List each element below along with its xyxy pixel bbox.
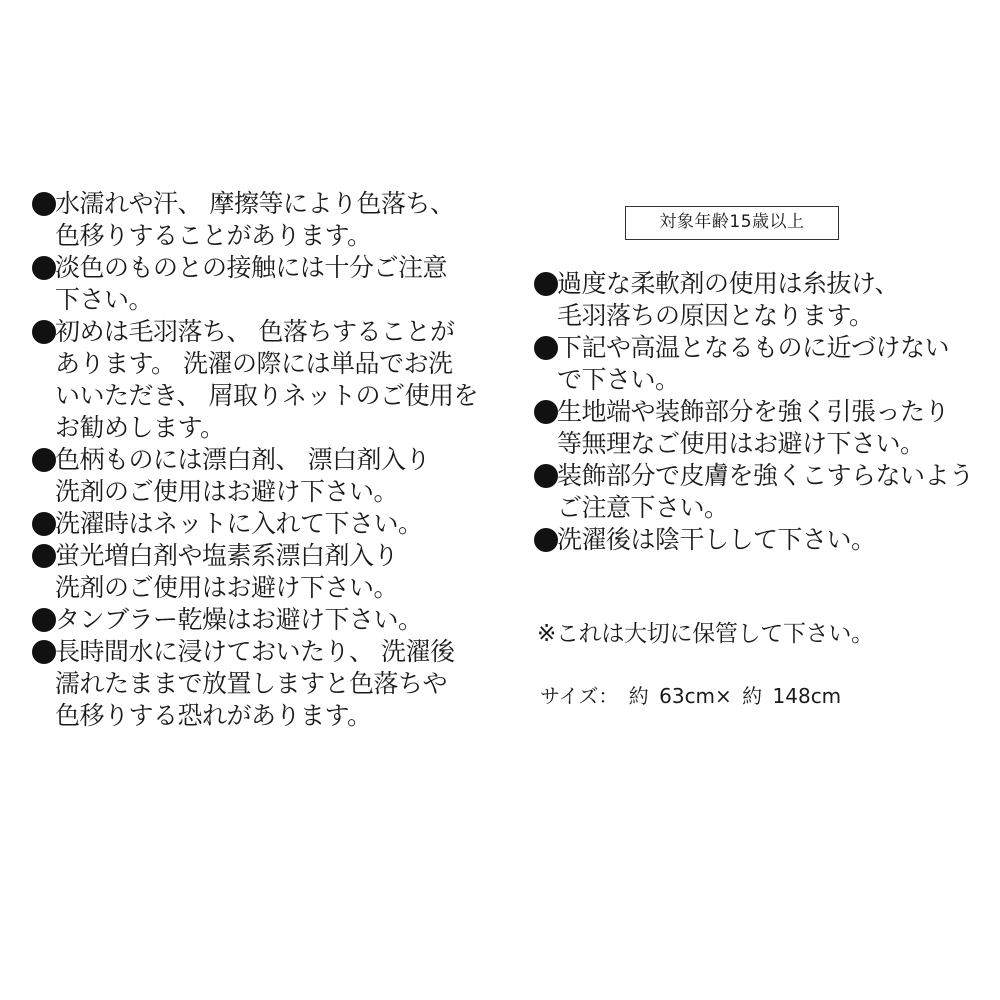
care-item-line: 等無理なご使用はお避け下さい。 (557, 428, 984, 460)
care-item: 色柄ものには漂白剤、 漂白剤入り 洗剤のご使用はお避け下さい。 (32, 444, 492, 508)
bullet-icon (32, 256, 56, 280)
care-item-line: 濡れたままで放置しますと色落ちや (55, 668, 492, 700)
care-item: 初めは毛羽落ち、 色落ちすることが あります。 洗濯の際には単品でお洗 いいただ… (32, 316, 492, 444)
care-item: 過度な柔軟剤の使用は糸抜け、 毛羽落ちの原因となります。 (534, 268, 984, 332)
bullet-icon (32, 512, 56, 536)
care-item-line: いいただき、 屑取りネットのご使用を (55, 380, 492, 412)
bullet-icon (32, 448, 56, 472)
care-item: 装飾部分で皮膚を強くこすらないよう ご注意下さい。 (534, 460, 984, 524)
bullet-icon (534, 272, 558, 296)
care-item-line: 洗剤のご使用はお避け下さい。 (55, 476, 492, 508)
bullet-icon (32, 544, 56, 568)
care-item-line: 色移りする恐れがあります。 (55, 700, 492, 732)
care-item-line: 洗剤のご使用はお避け下さい。 (55, 572, 492, 604)
care-item: 洗濯後は陰干しして下さい。 (534, 524, 984, 556)
care-item-line: 毛羽落ちの原因となります。 (557, 300, 984, 332)
care-item-line: 洗濯後は陰干しして下さい。 (557, 524, 984, 556)
bullet-icon (534, 464, 558, 488)
care-item-line: 下さい。 (55, 284, 492, 316)
care-item: 生地端や装飾部分を強く引張ったり 等無理なご使用はお避け下さい。 (534, 396, 984, 460)
size-info: サイズ： 約 63cm× 約 148cm (540, 680, 841, 712)
bullet-icon (534, 336, 558, 360)
care-item-line: 下記や高温となるものに近づけない (557, 332, 984, 364)
bullet-icon (32, 640, 56, 664)
bullet-icon (32, 192, 56, 216)
age-rating-label: 対象年齢15歳以上 (625, 206, 839, 240)
care-item: 蛍光増白剤や塩素系漂白剤入り 洗剤のご使用はお避け下さい。 (32, 540, 492, 604)
bullet-icon (534, 528, 558, 552)
care-item-line: 初めは毛羽落ち、 色落ちすることが (55, 316, 492, 348)
bullet-icon (534, 400, 558, 424)
care-item-line: ご注意下さい。 (557, 492, 984, 524)
care-item-line: で下さい。 (557, 364, 984, 396)
care-item: 洗濯時はネットに入れて下さい。 (32, 508, 492, 540)
care-item-line: 色柄ものには漂白剤、 漂白剤入り (55, 444, 492, 476)
care-item: 下記や高温となるものに近づけない で下さい。 (534, 332, 984, 396)
care-instructions-left: 水濡れや汗、 摩擦等により色落ち、 色移りすることがあります。 淡色のものとの接… (32, 188, 492, 732)
care-item-line: 淡色のものとの接触には十分ご注意 (55, 252, 492, 284)
care-instructions-right: 過度な柔軟剤の使用は糸抜け、 毛羽落ちの原因となります。 下記や高温となるものに… (534, 268, 984, 556)
care-item-line: 過度な柔軟剤の使用は糸抜け、 (557, 268, 984, 300)
bullet-icon (32, 320, 56, 344)
care-item: 淡色のものとの接触には十分ご注意 下さい。 (32, 252, 492, 316)
care-item-line: あります。 洗濯の際には単品でお洗 (55, 348, 492, 380)
care-item-line: 水濡れや汗、 摩擦等により色落ち、 (55, 188, 492, 220)
care-item-line: タンブラー乾燥はお避け下さい。 (55, 604, 492, 636)
care-item-line: お勧めします。 (55, 412, 492, 444)
care-item-line: 色移りすることがあります。 (55, 220, 492, 252)
care-item: タンブラー乾燥はお避け下さい。 (32, 604, 492, 636)
care-item-line: 蛍光増白剤や塩素系漂白剤入り (55, 540, 492, 572)
care-item-line: 装飾部分で皮膚を強くこすらないよう (557, 460, 984, 492)
bullet-icon (32, 608, 56, 632)
care-item: 長時間水に浸けておいたり、 洗濯後 濡れたままで放置しますと色落ちや 色移りする… (32, 636, 492, 732)
storage-note: ※これは大切に保管して下さい。 (537, 618, 874, 650)
care-item-line: 長時間水に浸けておいたり、 洗濯後 (55, 636, 492, 668)
care-item: 水濡れや汗、 摩擦等により色落ち、 色移りすることがあります。 (32, 188, 492, 252)
care-item-line: 洗濯時はネットに入れて下さい。 (55, 508, 492, 540)
care-item-line: 生地端や装飾部分を強く引張ったり (557, 396, 984, 428)
